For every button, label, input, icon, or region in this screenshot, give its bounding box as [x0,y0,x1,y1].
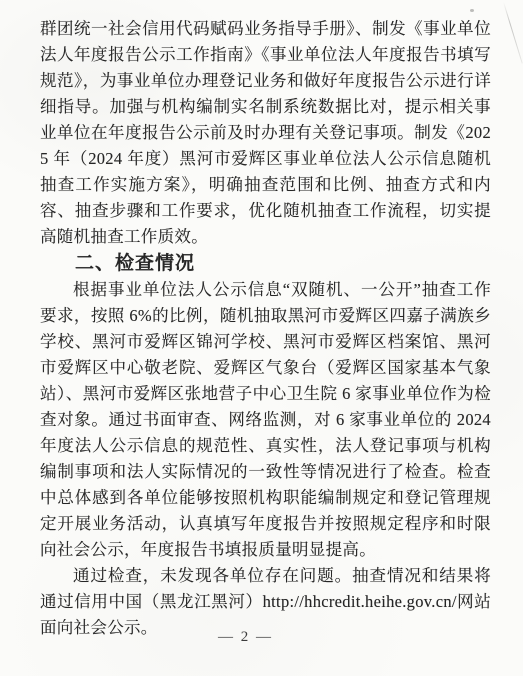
scan-crease-artifact [503,2,523,63]
scanned-document-page: 群团统一社会信用代码赋码业务指导手册》、制发《事业单位法人年度报告公示工作指南》… [0,0,523,676]
page-number: — 2 — [20,627,471,647]
paragraph-continuation: 群团统一社会信用代码赋码业务指导手册》、制发《事业单位法人年度报告公示工作指南》… [40,16,491,250]
section-heading: 二、检查情况 [40,250,491,277]
document-body: 群团统一社会信用代码赋码业务指导手册》、制发《事业单位法人年度报告公示工作指南》… [40,16,491,641]
scan-speck-artifact [470,9,474,12]
paragraph-inspection-details: 根据事业单位法人公示信息“双随机、一公开”抽查工作要求，按照 6%的比例，随机抽… [40,277,491,563]
